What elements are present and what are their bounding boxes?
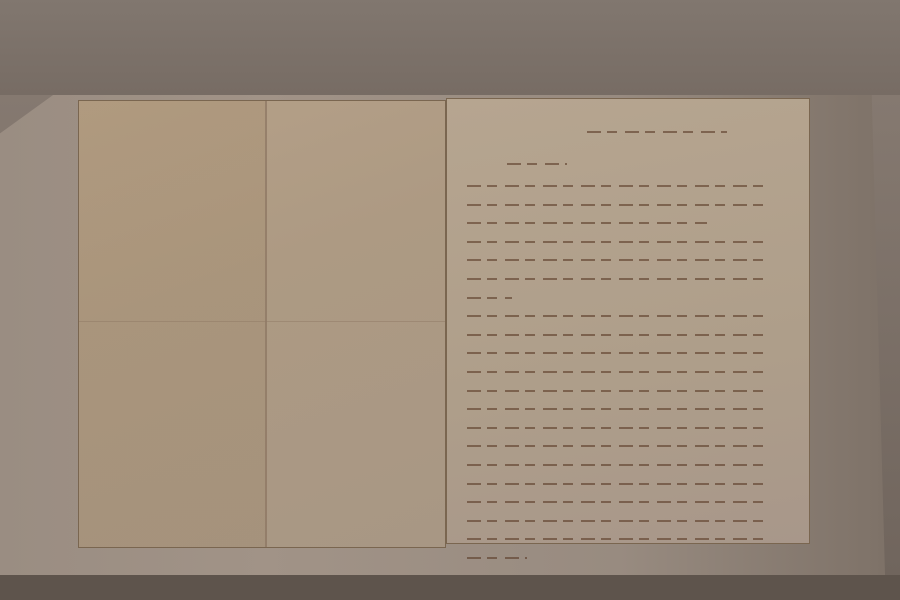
handwriting-line	[467, 297, 512, 299]
left-page-panel	[79, 101, 265, 547]
horizontal-fold	[79, 321, 445, 322]
salutation-line	[507, 163, 567, 165]
handwriting-line	[467, 371, 767, 373]
case-edge	[0, 575, 900, 600]
vertical-fold	[265, 101, 267, 547]
handwriting-line	[467, 185, 767, 187]
handwriting-line	[467, 408, 767, 410]
handwriting-line	[467, 390, 767, 392]
handwriting-line	[467, 427, 767, 429]
handwriting-line	[467, 483, 767, 485]
handwriting-line	[467, 334, 767, 336]
case-background	[0, 0, 900, 95]
handwriting-line	[467, 464, 767, 466]
handwriting-line	[467, 315, 767, 317]
handwriting-line	[467, 222, 707, 224]
handwriting-line	[467, 520, 767, 522]
handwriting-line	[467, 501, 767, 503]
handwriting-line	[467, 445, 767, 447]
handwriting-line	[467, 278, 767, 280]
handwriting-line	[467, 241, 767, 243]
handwriting-line	[467, 352, 767, 354]
handwriting-line	[467, 204, 767, 206]
handwriting-line	[467, 259, 767, 261]
date-line	[587, 131, 727, 133]
handwriting-line	[467, 557, 527, 559]
letter-left-page	[78, 100, 446, 548]
handwriting-line	[467, 538, 767, 540]
letter-right-page: [illegible date line] [illegible salutat…	[446, 98, 810, 544]
